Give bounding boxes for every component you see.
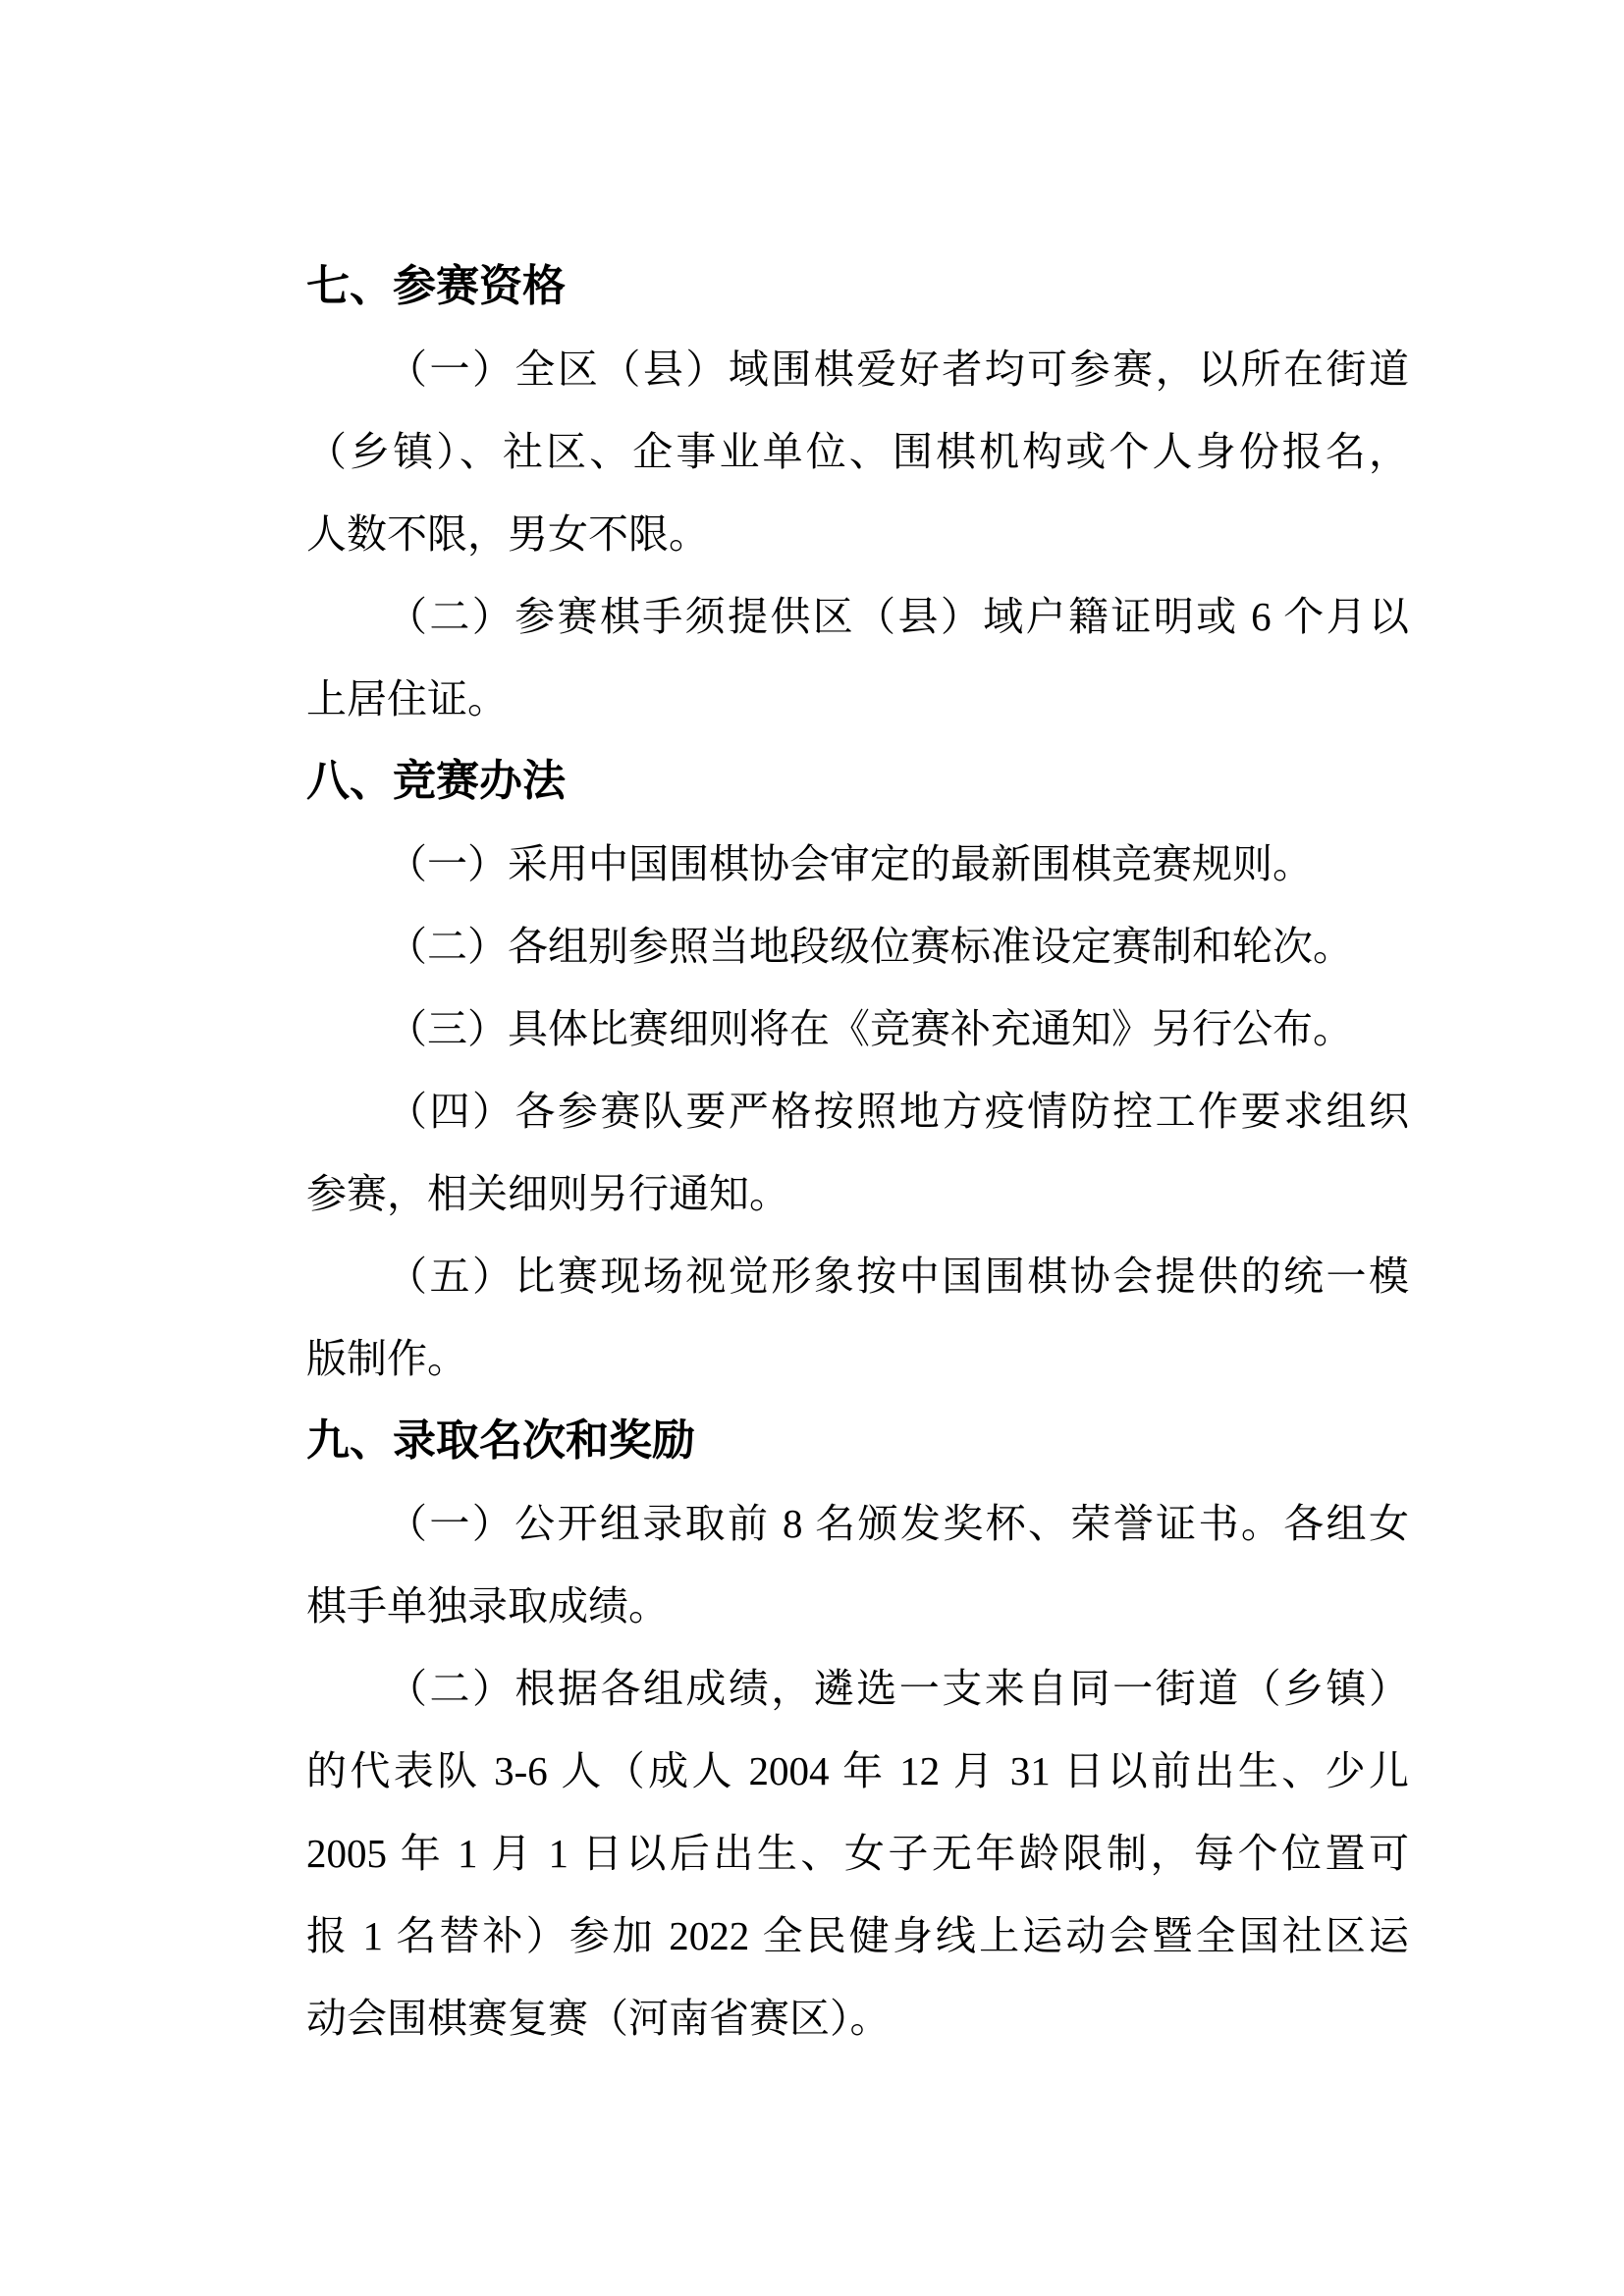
paragraph-line: 上居住证。 bbox=[306, 658, 1409, 740]
paragraph-line: （三）具体比赛细则将在《竞赛补充通知》另行公布。 bbox=[306, 988, 1409, 1070]
paragraph-line: 的代表队 3-6 人（成人 2004 年 12 月 31 日以前出生、少儿 bbox=[306, 1730, 1409, 1812]
paragraph-line: （二）参赛棋手须提供区（县）域户籍证明或 6 个月以 bbox=[306, 575, 1409, 658]
paragraph-line: 2005 年 1 月 1 日以后出生、女子无年龄限制，每个位置可 bbox=[306, 1812, 1409, 1895]
section-heading: 七、参赛资格 bbox=[306, 245, 1409, 328]
paragraph-line: 版制作。 bbox=[306, 1317, 1409, 1400]
document-page: 七、参赛资格 （一）全区（县）域围棋爱好者均可参赛，以所在街道 （乡镇）、社区、… bbox=[0, 0, 1624, 2296]
paragraph-line: 报 1 名替补）参加 2022 全民健身线上运动会暨全国社区运 bbox=[306, 1895, 1409, 1977]
paragraph-line: 棋手单独录取成绩。 bbox=[306, 1565, 1409, 1647]
paragraph-line: 动会围棋赛复赛（河南省赛区）。 bbox=[306, 1977, 1409, 2059]
paragraph-line: 参赛，相关细则另行通知。 bbox=[306, 1152, 1409, 1235]
paragraph-line: （二）各组别参照当地段级位赛标准设定赛制和轮次。 bbox=[306, 905, 1409, 988]
paragraph-line: （一）公开组录取前 8 名颁发奖杯、荣誉证书。各组女 bbox=[306, 1482, 1409, 1565]
paragraph-line: 人数不限，男女不限。 bbox=[306, 493, 1409, 575]
paragraph-line: （一）全区（县）域围棋爱好者均可参赛，以所在街道 bbox=[306, 328, 1409, 410]
paragraph-line: （一）采用中国围棋协会审定的最新围棋竞赛规则。 bbox=[306, 823, 1409, 905]
paragraph-line: （五）比赛现场视觉形象按中国围棋协会提供的统一模 bbox=[306, 1235, 1409, 1317]
section-heading: 九、录取名次和奖励 bbox=[306, 1400, 1409, 1482]
paragraph-line: （四）各参赛队要严格按照地方疫情防控工作要求组织 bbox=[306, 1070, 1409, 1152]
section-heading: 八、竞赛办法 bbox=[306, 740, 1409, 823]
document-content: 七、参赛资格 （一）全区（县）域围棋爱好者均可参赛，以所在街道 （乡镇）、社区、… bbox=[306, 245, 1409, 2059]
paragraph-line: （乡镇）、社区、企事业单位、围棋机构或个人身份报名， bbox=[306, 410, 1409, 493]
paragraph-line: （二）根据各组成绩，遴选一支来自同一街道（乡镇） bbox=[306, 1647, 1409, 1730]
